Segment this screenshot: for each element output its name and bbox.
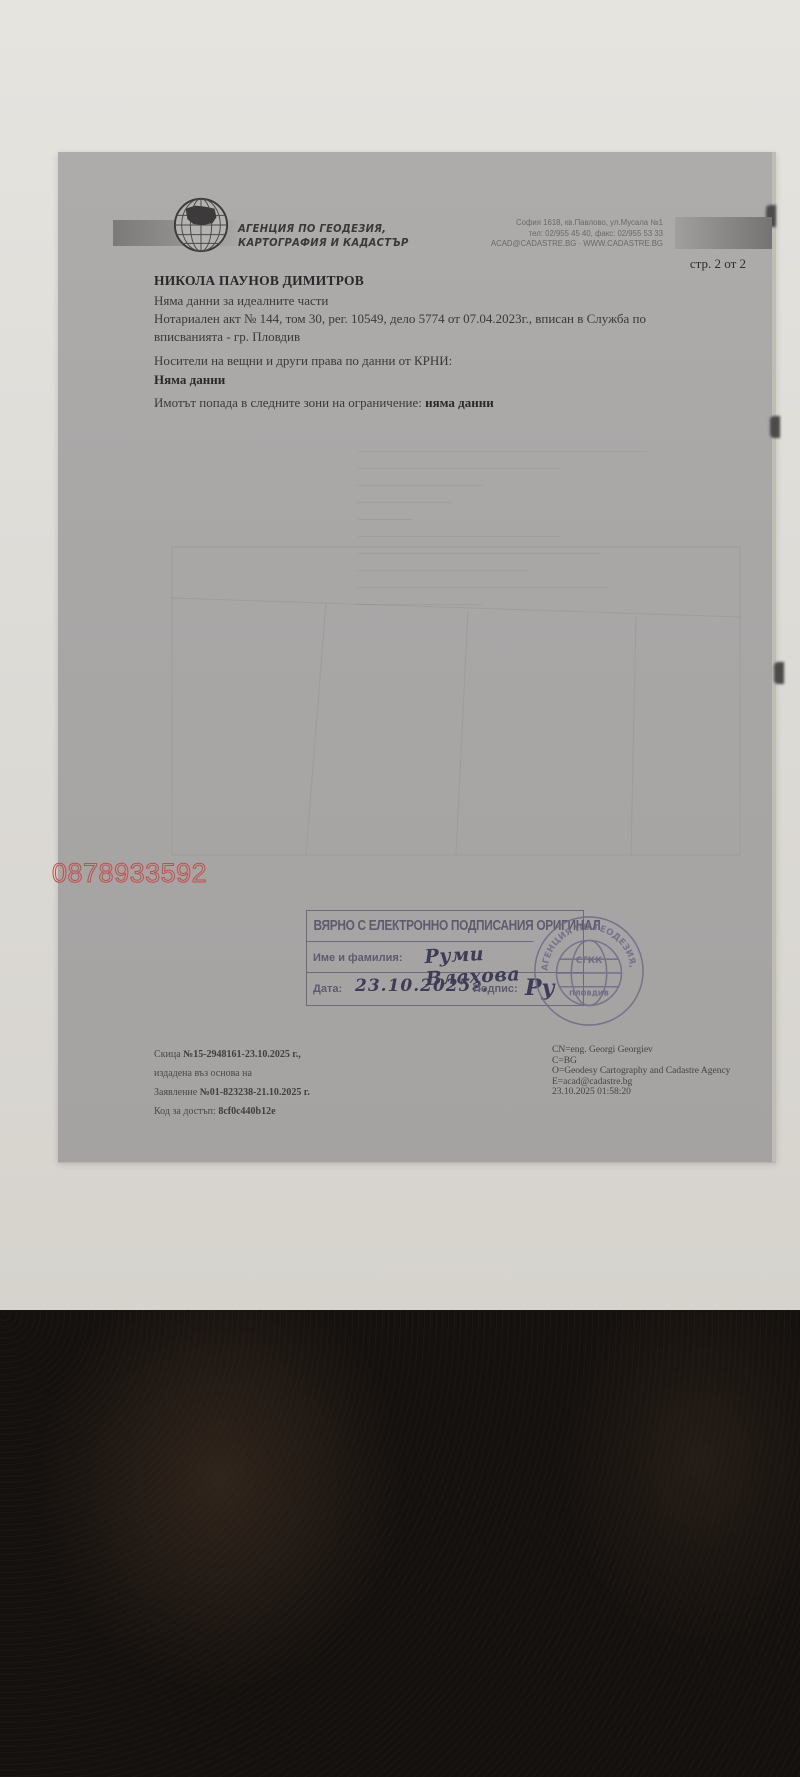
zones-label: Имотът попада в следните зони на огранич… xyxy=(154,395,422,410)
notary-deed-text: Нотариален акт № 144, том 30, рег. 10549… xyxy=(154,311,646,327)
ideal-parts-text: Няма данни за идеалните части xyxy=(154,293,328,309)
svg-text:ПЛОВДИВ: ПЛОВДИВ xyxy=(569,990,609,998)
sketch-info: Скица №15-2948161-23.10.2025 г., издаден… xyxy=(154,1045,310,1121)
header-bar-right xyxy=(675,217,772,249)
agency-name: Агенция по геодезия, картография и кадас… xyxy=(238,222,409,250)
owner-name: НИКОЛА ПАУНОВ ДИМИТРОВ xyxy=(154,273,364,289)
signature-timestamp: 23.10.2025 01:58:20 xyxy=(552,1087,730,1098)
zones-value: няма данни xyxy=(425,395,494,410)
signature-e: E=acad@cadastre.bg xyxy=(552,1077,730,1088)
issued-basis: издадена въз основа на xyxy=(154,1064,310,1083)
agency-round-seal-icon: АГЕНЦИЯ ПО ГЕОДЕЗИЯ, КАРТОГРАФИЯ И КАДАС… xyxy=(530,912,648,1030)
handwritten-date: 23.10.2025г. xyxy=(355,976,489,996)
stamp-date-label: Дата: xyxy=(313,983,342,995)
svg-text:СГКК: СГКК xyxy=(576,956,603,966)
dark-fabric-background xyxy=(0,1310,800,1777)
application-number: №01-823238-21.10.2025 г. xyxy=(200,1087,310,1098)
access-code: 8cf0c440b12e xyxy=(218,1106,275,1117)
digital-signature-info: CN=eng. Georgi Georgiev C=BG O=Geodesy C… xyxy=(552,1045,730,1098)
stamp-title: ВЯРНО С ЕЛЕКТРОННО ПОДПИСАНИЯ ОРИГИНАЛ xyxy=(307,911,533,942)
punch-hole xyxy=(770,416,780,438)
application-line: Заявление №01-823238-21.10.2025 г. xyxy=(154,1083,310,1102)
sketch-number-line: Скица №15-2948161-23.10.2025 г., xyxy=(154,1045,310,1064)
page-bottom-edge xyxy=(58,1162,776,1163)
show-through-map-grid xyxy=(116,542,766,862)
globe-bulgaria-icon xyxy=(172,196,230,254)
page-number: стр. 2 от 2 xyxy=(690,256,746,272)
stamp-name-label: Име и фамилия: xyxy=(313,952,403,964)
punch-hole xyxy=(774,662,784,684)
krni-value: Няма данни xyxy=(154,372,225,388)
stamp-signature-label: Подпис: xyxy=(473,983,518,995)
zones-line: Имотът попада в следните зони на огранич… xyxy=(154,395,494,411)
signature-cn: CN=eng. Georgi Georgiev xyxy=(552,1045,730,1056)
notary-deed-text-cont: вписванията - гр. Пловдив xyxy=(154,329,300,345)
sketch-number: №15-2948161-23.10.2025 г., xyxy=(183,1049,301,1060)
paper-edge xyxy=(772,152,776,1162)
access-code-line: Код за достъп: 8cf0c440b12e xyxy=(154,1102,310,1121)
signature-o: O=Geodesy Cartography and Cadastre Agenc… xyxy=(552,1066,730,1077)
agency-contact: София 1618, кв.Павлово, ул.Мусала №1 тел… xyxy=(463,218,663,250)
krni-label: Носители на вещни и други права по данни… xyxy=(154,353,452,369)
signature-c: C=BG xyxy=(552,1056,730,1067)
phone-watermark: 0878933592 xyxy=(52,858,207,889)
document-page: ───────────────────────────────────── ──… xyxy=(58,152,776,1162)
